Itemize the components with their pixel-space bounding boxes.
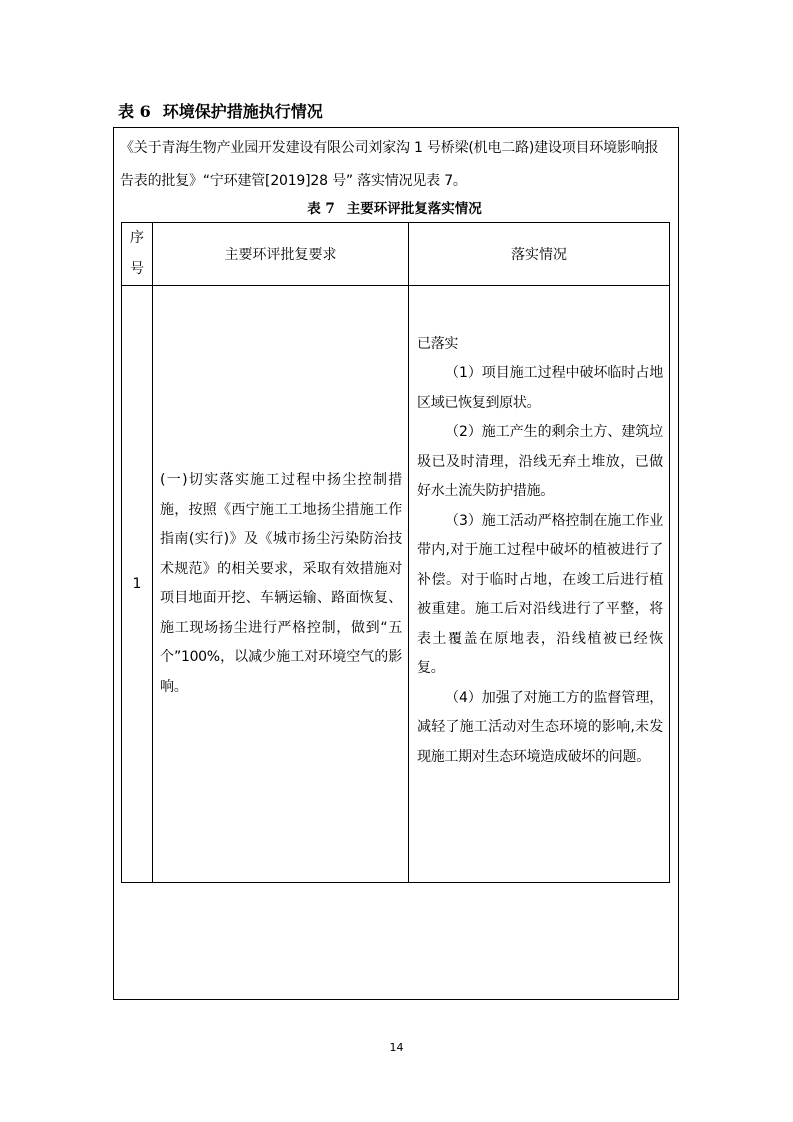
- table-caption-title: 主要环评批复落实情况: [347, 201, 482, 217]
- table-header-row: 序 号 主要环评批复要求 落实情况: [122, 223, 670, 286]
- header-seq: 序 号: [122, 223, 153, 286]
- header-implementation: 落实情况: [409, 223, 670, 286]
- page-number: 14: [0, 1041, 793, 1054]
- section-title-text: 环境保护措施执行情况: [163, 102, 323, 121]
- header-requirement: 主要环评批复要求: [153, 223, 409, 286]
- header-seq-line2: 号: [122, 254, 152, 285]
- row-seq: 1: [122, 286, 153, 883]
- implementation-item-3: （3）施工活动严格控制在施工作业带内,对于施工过程中破坏的植被进行了补偿。对于临…: [417, 507, 663, 684]
- implementation-item-4: （4）加强了对施工方的监督管理，减轻了施工活动对生态环境的影响,未发现施工期对生…: [417, 684, 663, 773]
- implementation-status: 已落实: [417, 330, 663, 360]
- table-row: 1 (一)切实落实施工过程中扬尘控制措施，按照《西宁施工工地扬尘措施工作指南(实…: [122, 286, 670, 883]
- row-implementation-text: 已落实 （1）项目施工过程中破坏临时占地区域已恢复到原状。 （2）施工产生的剩余…: [409, 330, 669, 773]
- section-title: 表 6环境保护措施执行情况: [118, 99, 323, 122]
- section-number: 表 6: [118, 102, 151, 121]
- table-caption-number: 表 7: [307, 201, 335, 217]
- implementation-item-1: （1）项目施工过程中破坏临时占地区域已恢复到原状。: [417, 359, 663, 418]
- intro-paragraph: 《关于青海生物产业园开发建设有限公司刘家沟 1 号桥梁(机电二路)建设项目环境影…: [120, 132, 676, 198]
- row-requirement-text: (一)切实落实施工过程中扬尘控制措施，按照《西宁施工工地扬尘措施工作指南(实行)…: [153, 466, 408, 702]
- header-seq-line1: 序: [122, 223, 152, 254]
- row-implementation-cell: 已落实 （1）项目施工过程中破坏临时占地区域已恢复到原状。 （2）施工产生的剩余…: [409, 286, 670, 883]
- row-requirement-cell: (一)切实落实施工过程中扬尘控制措施，按照《西宁施工工地扬尘措施工作指南(实行)…: [153, 286, 409, 883]
- intro-line-2: 告表的批复》“宁环建管[2019]28 号” 落实情况见表 7。: [120, 165, 676, 198]
- table-caption: 表 7主要环评批复落实情况: [121, 197, 668, 217]
- intro-line-1: 《关于青海生物产业园开发建设有限公司刘家沟 1 号桥梁(机电二路)建设项目环境影…: [120, 132, 676, 165]
- implementation-item-2: （2）施工产生的剩余土方、建筑垃圾已及时清理，沿线无弃土堆放，已做好水土流失防护…: [417, 418, 663, 507]
- approval-implementation-table: 序 号 主要环评批复要求 落实情况 1 (一)切实落实施工过程中扬尘控制措施，按…: [121, 222, 670, 883]
